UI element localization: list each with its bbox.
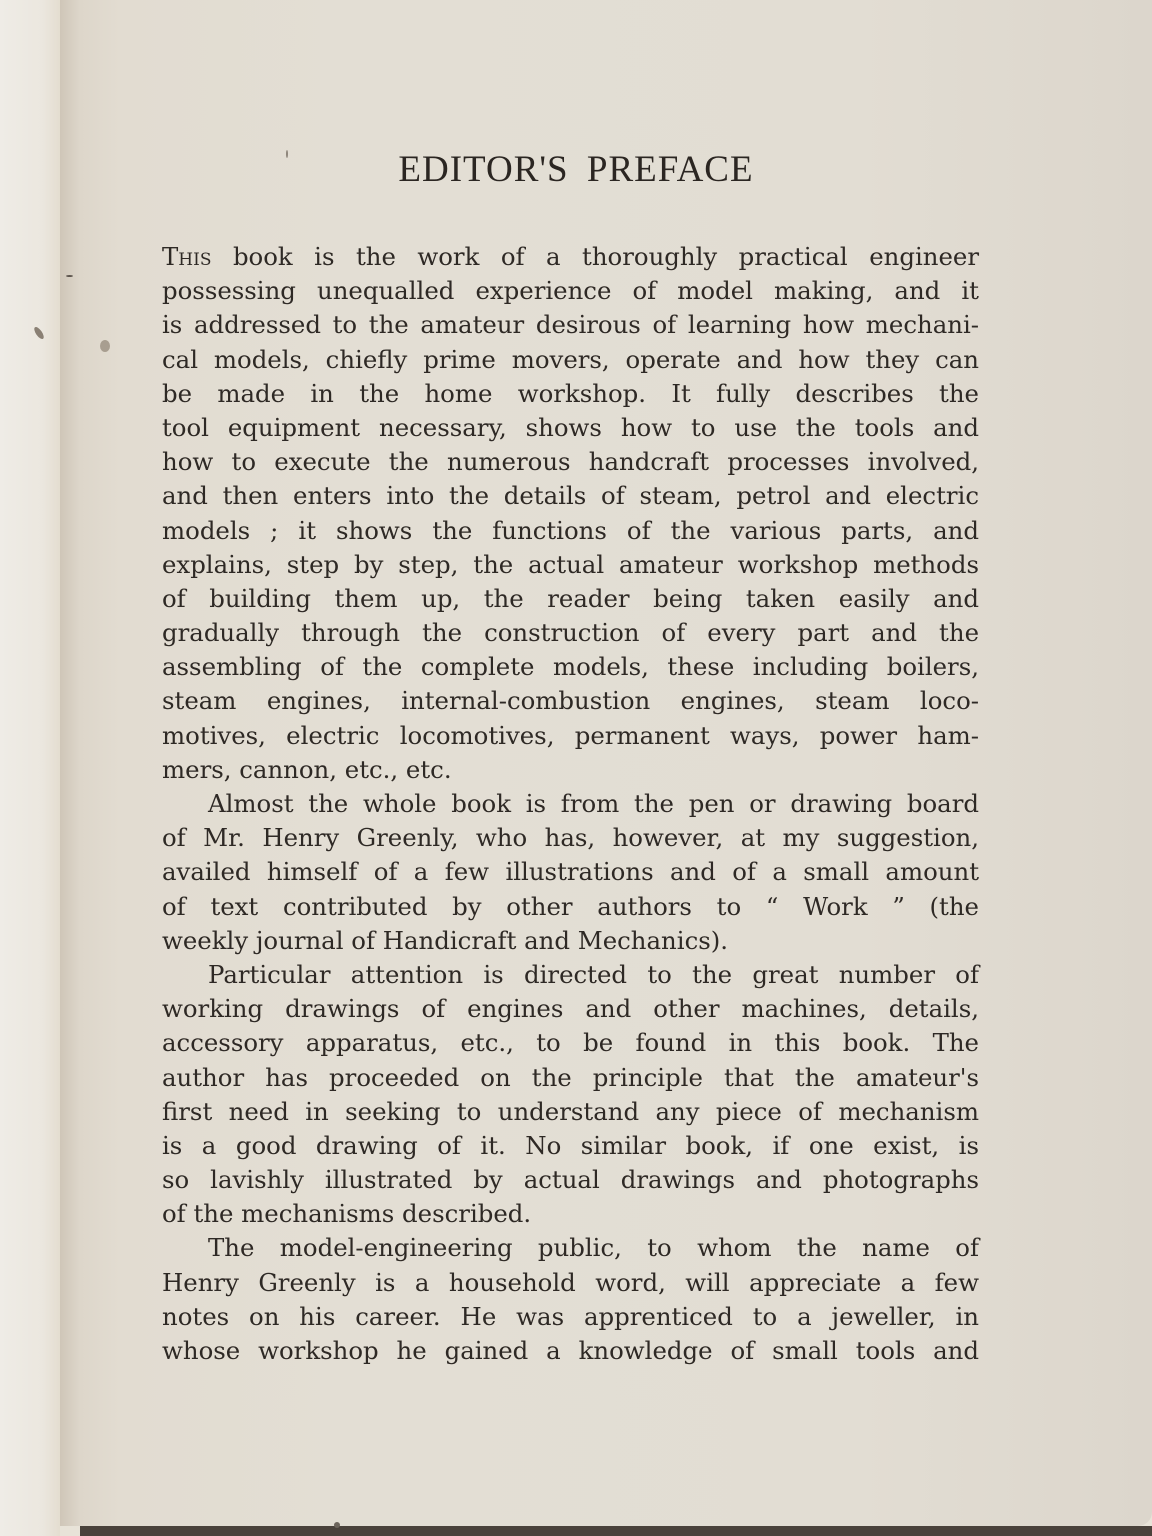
text-line: of Mr. Henry Greenly, who has, however, … xyxy=(162,821,979,855)
text-line: mers, cannon, etc., etc. xyxy=(162,753,979,787)
page-title: EDITOR'S PREFACE xyxy=(60,148,1092,191)
text-line: weekly journal of Handicraft and Mechani… xyxy=(162,924,979,958)
text-line: Almost the whole book is from the pen or… xyxy=(162,787,979,821)
text-line: first need in seeking to understand any … xyxy=(162,1095,979,1129)
line-text: book is the work of a thoroughly practic… xyxy=(211,242,979,271)
text-line: is addressed to the amateur desirous of … xyxy=(162,308,979,342)
text-line: and then enters into the details of stea… xyxy=(162,479,979,513)
text-line: Particular attention is directed to the … xyxy=(162,958,979,992)
small-caps-word: his xyxy=(178,242,211,271)
text-line: be made in the home workshop. It fully d… xyxy=(162,377,979,411)
paragraph-3: Particular attention is directed to the … xyxy=(162,958,979,1232)
text-line: motives, electric locomotives, permanent… xyxy=(162,719,979,753)
text-line: so lavishly illustrated by actual drawin… xyxy=(162,1163,979,1197)
scanned-book-page-scene: EDITOR'S PREFACE This book is the work o… xyxy=(0,0,1152,1536)
paper-speck xyxy=(66,275,73,277)
text-line: of building them up, the reader being ta… xyxy=(162,582,979,616)
text-line: possessing unequalled experience of mode… xyxy=(162,274,979,308)
text-line: accessory apparatus, etc., to be found i… xyxy=(162,1026,979,1060)
text-line: The model-engineering public, to whom th… xyxy=(162,1231,979,1265)
paper-speck xyxy=(334,1522,340,1528)
text-line: of text contributed by other authors to … xyxy=(162,890,979,924)
paragraph-2: Almost the whole book is from the pen or… xyxy=(162,787,979,958)
initial-capital: T xyxy=(162,242,178,271)
text-line: Henry Greenly is a household word, will … xyxy=(162,1266,979,1300)
preface-body: This book is the work of a thoroughly pr… xyxy=(162,240,979,1368)
text-line: gradually through the construction of ev… xyxy=(162,616,979,650)
text-line: whose workshop he gained a knowledge of … xyxy=(162,1334,979,1368)
paragraph-4: The model-engineering public, to whom th… xyxy=(162,1231,979,1368)
text-line: is a good drawing of it. No similar book… xyxy=(162,1129,979,1163)
text-line: of the mechanisms described. xyxy=(162,1197,979,1231)
text-line: explains, step by step, the actual amate… xyxy=(162,548,979,582)
text-line: This book is the work of a thoroughly pr… xyxy=(162,240,979,274)
text-line: author has proceeded on the principle th… xyxy=(162,1061,979,1095)
facing-page-edge xyxy=(0,0,60,1536)
text-line: steam engines, internal-combustion engin… xyxy=(162,684,979,718)
text-line: models ; it shows the functions of the v… xyxy=(162,514,979,548)
text-line: availed himself of a few illustrations a… xyxy=(162,855,979,889)
paper-speck xyxy=(100,340,110,352)
paragraph-1: This book is the work of a thoroughly pr… xyxy=(162,240,979,787)
text-line: working drawings of engines and other ma… xyxy=(162,992,979,1026)
page-bottom-edge xyxy=(80,1526,1152,1536)
text-line: tool equipment necessary, shows how to u… xyxy=(162,411,979,445)
drop-word: This xyxy=(162,242,211,271)
text-line: assembling of the complete models, these… xyxy=(162,650,979,684)
text-line: how to execute the numerous handcraft pr… xyxy=(162,445,979,479)
text-line: notes on his career. He was apprenticed … xyxy=(162,1300,979,1334)
text-line: cal models, chiefly prime movers, operat… xyxy=(162,343,979,377)
